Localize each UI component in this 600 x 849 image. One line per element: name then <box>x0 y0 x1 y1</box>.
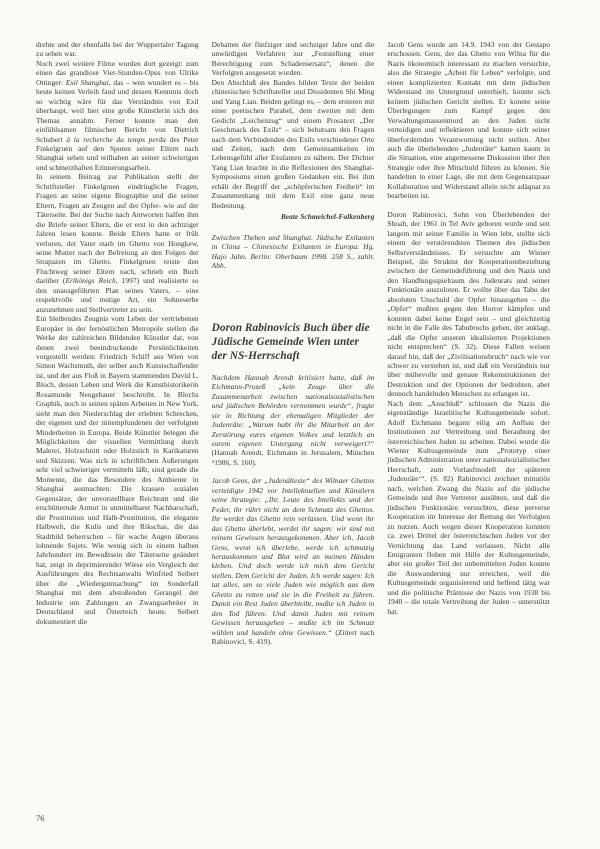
paragraph: drehte und der ebenfalls bei der Wuppert… <box>36 40 199 59</box>
heading: Doron Rabinovicis Buch über die Jüdische… <box>212 322 375 363</box>
paragraph: Nachdem Hannah Arendt kritisiert hatte, … <box>212 373 375 468</box>
column-left: drehte und der ebenfalls bei der Wuppert… <box>36 40 199 626</box>
column-middle: Debatten der fünfziger und sechziger Jah… <box>212 40 375 647</box>
page-number: 76 <box>36 813 45 823</box>
paragraph: Jacob Gens, der „Judenälteste“ des Wilna… <box>212 476 375 646</box>
paragraph: Doron Rabinovici, Sohn von Überlebenden … <box>387 210 550 399</box>
text-columns: drehte und der ebenfalls bei der Wuppert… <box>36 40 550 647</box>
paragraph: Ein bleibendes Zeugnis vom Leben der ver… <box>36 314 199 626</box>
paragraph: Noch zwei weitere Filme wurden dort geze… <box>36 59 199 172</box>
biblio: Zwischen Theben und Shanghai. Jüdische E… <box>212 233 375 271</box>
paragraph: Debatten der fünfziger und sechziger Jah… <box>212 40 375 78</box>
paragraph: Jacob Gens wurde am 14.9. 1943 von der G… <box>387 40 550 201</box>
signature: Beate Schmeichel-Falkenberg <box>212 212 375 221</box>
column-right: Jacob Gens wurde am 14.9. 1943 von der G… <box>387 40 550 616</box>
paragraph: Nach dem „Anschluß“ schlossen die Nazis … <box>387 399 550 616</box>
paragraph: Den Abschluß des Bandes bilden Texte der… <box>212 78 375 210</box>
paragraph: In seinem Beitrag zur Publikation stellt… <box>36 172 199 314</box>
document-page: drehte und der ebenfalls bei der Wuppert… <box>0 0 600 849</box>
spacer <box>212 270 375 322</box>
